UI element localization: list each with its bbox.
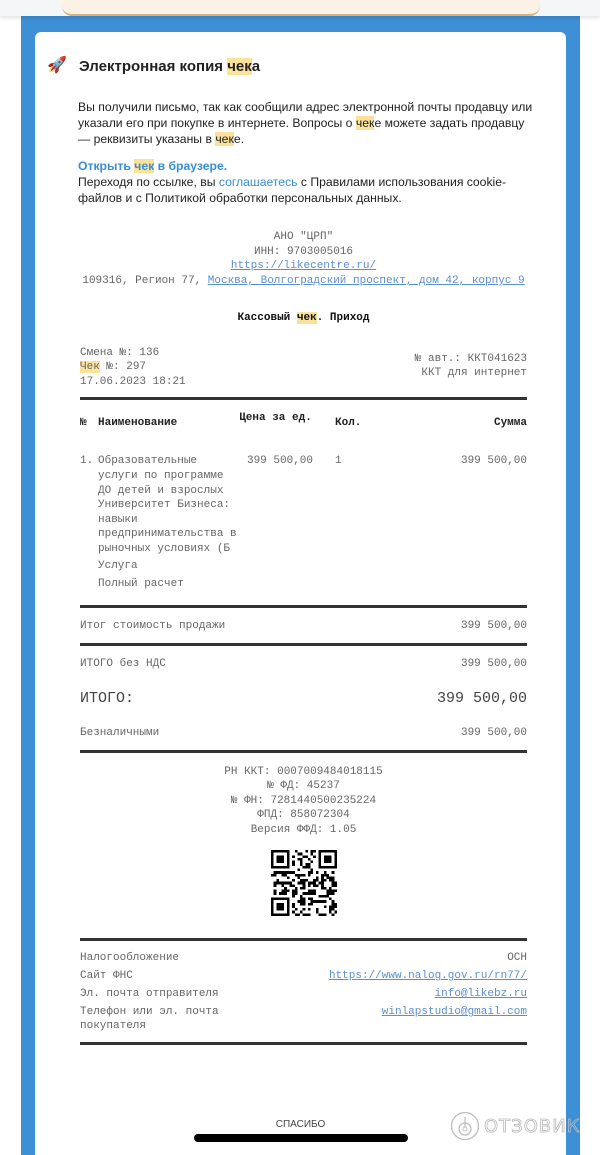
receipt-meta: Смена №: 136 Чек №: 297 17.06.2023 18:21… xyxy=(80,346,527,390)
consent-text: Переходя по ссылке, вы соглашаетесь с Пр… xyxy=(78,174,538,206)
seller-info: АНО "ЦРП" ИНН: 9703005016 https://likece… xyxy=(80,230,527,289)
total-no-vat-row: ИТОГО без НДС399 500,00 xyxy=(80,658,527,670)
qr-code-icon xyxy=(271,850,337,916)
cashless-row: Безналичными399 500,00 xyxy=(80,727,527,739)
seller-name: АНО "ЦРП" xyxy=(80,230,527,245)
divider xyxy=(80,938,527,941)
divider xyxy=(80,397,527,400)
items-header: № Наименование Цена за ед. Кол. Сумма xyxy=(80,411,527,429)
grand-total-row: ИТОГО:399 500,00 xyxy=(80,690,527,707)
divider xyxy=(80,750,527,753)
item-name: Образовательные услуги по программе ДО д… xyxy=(98,454,238,556)
top-status-strip xyxy=(0,0,600,16)
receipt-title: Кассовый чек. Приход xyxy=(80,312,527,324)
rocket-icon: 🚀 xyxy=(47,56,67,76)
item-type: Услуга xyxy=(98,559,238,574)
seller-website-link[interactable]: https://likecentre.ru/ xyxy=(231,260,376,272)
divider xyxy=(80,1042,527,1045)
agree-link[interactable]: соглашаетесь xyxy=(219,175,298,189)
receipt-datetime: 17.06.2023 18:21 xyxy=(80,375,186,390)
fns-site-row: Сайт ФНСhttps://www.nalog.gov.ru/rn77/ xyxy=(80,969,527,983)
sender-email-row: Эл. почта отправителяinfo@likebz.ru xyxy=(80,987,527,1001)
buyer-email-link[interactable]: winlapstudio@gmail.com xyxy=(382,1005,527,1033)
auto-number: № авт.: ККТ041623 xyxy=(415,352,527,367)
sender-email-link[interactable]: info@likebz.ru xyxy=(435,987,527,1001)
check-number: Чек №: 297 xyxy=(80,360,186,375)
email-open-section: Открыть чек в браузере. Переходя по ссыл… xyxy=(78,158,538,206)
email-header: 🚀 Электронная копия чека xyxy=(47,56,260,76)
seller-inn: ИНН: 9703005016 xyxy=(80,245,527,260)
email-intro-text: Вы получили письмо, так как сообщили адр… xyxy=(78,99,538,147)
receipt-footer-info: НалогообложениеОСН Сайт ФНСhttps://www.n… xyxy=(80,951,527,1033)
table-row: 1. Образовательные услуги по программе Д… xyxy=(80,454,527,591)
receipt: АНО "ЦРП" ИНН: 9703005016 https://likece… xyxy=(80,230,527,1045)
open-in-browser-link[interactable]: Открыть чек в браузере. xyxy=(78,158,538,174)
address-link[interactable]: Москва, Волгоградский проспект, дом 42, … xyxy=(208,275,525,287)
otzovik-logo-icon xyxy=(450,1111,480,1141)
fns-site-link[interactable]: https://www.nalog.gov.ru/rn77/ xyxy=(329,969,527,983)
item-payment-method: Полный расчет xyxy=(98,577,238,592)
divider xyxy=(80,605,527,608)
total-sale-row: Итог стоимость продажи399 500,00 xyxy=(80,620,527,632)
buyer-contact-row: Телефон или эл. почта покупателяwinlapst… xyxy=(80,1005,527,1033)
item-sum: 399 500,00 xyxy=(383,454,527,591)
email-card: 🚀 Электронная копия чека Вы получили пис… xyxy=(35,32,566,1155)
otzovik-watermark: ОТЗОВИК xyxy=(450,1111,580,1141)
seller-address: 109316, Регион 77, Москва, Волгоградский… xyxy=(80,274,527,289)
home-indicator[interactable] xyxy=(194,1134,408,1142)
item-qty: 1 xyxy=(313,454,383,591)
email-title: Электронная копия чека xyxy=(79,58,260,75)
item-price: 399 500,00 xyxy=(238,454,313,591)
shift-number: Смена №: 136 xyxy=(80,346,186,361)
taxation-row: НалогообложениеОСН xyxy=(80,951,527,965)
divider xyxy=(80,643,527,646)
top-banner xyxy=(62,0,540,16)
otzovik-text: ОТЗОВИК xyxy=(484,1116,580,1137)
kkt-type: ККТ для интернет xyxy=(415,366,527,381)
fiscal-data: РН ККТ: 0007009484018115 № ФД: 45237 № Ф… xyxy=(80,765,527,838)
